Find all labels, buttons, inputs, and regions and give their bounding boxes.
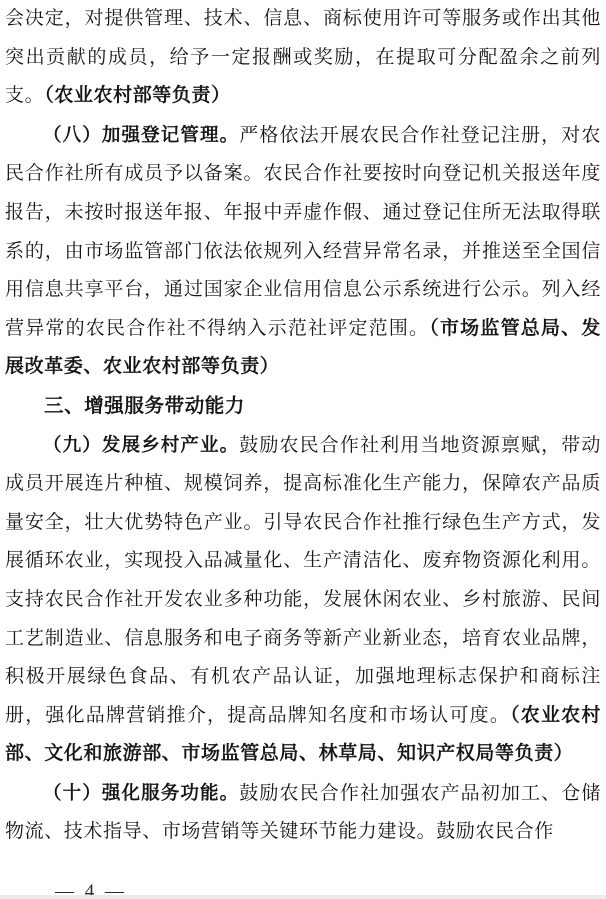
responsible-departments-note: （农业农村部等负责） <box>44 85 231 106</box>
item-lead-bold: （十）强化服务功能。 <box>43 782 239 803</box>
paragraph-item-10-service-function: （十）强化服务功能。鼓励农民合作社加强农产品初加工、仓储物流、技术指导、市场营销… <box>5 774 601 852</box>
document-page: 会决定，对提供管理、技术、信息、商标使用许可等服务或作出其他突出贡献的成员，给予… <box>0 0 606 899</box>
paragraph-item-9-rural-industry: （九）发展乡村产业。鼓励农民合作社利用当地资源禀赋，带动成员开展连片种植、规模饲… <box>5 426 601 774</box>
item-lead-bold: （九）发展乡村产业。 <box>43 434 239 455</box>
item-lead-bold: （八）加强登记管理。 <box>43 124 239 145</box>
body-text: 鼓励农民合作社利用当地资源禀赋，带动成员开展连片种植、规模饲养，提高标准化生产能… <box>5 435 601 726</box>
section-heading-3: 三、增强服务带动能力 <box>5 387 601 426</box>
document-body: 会决定，对提供管理、技术、信息、商标使用许可等服务或作出其他突出贡献的成员，给予… <box>0 0 606 852</box>
viewport-bottom-strip <box>0 895 606 899</box>
paragraph-continuation: 会决定，对提供管理、技术、信息、商标使用许可等服务或作出其他突出贡献的成员，给予… <box>5 0 601 116</box>
section-heading-text: 三、增强服务带动能力 <box>44 395 245 417</box>
body-text: 严格依法开展农民合作社登记注册，对农民合作社所有成员予以备案。农民合作社要按时向… <box>5 125 601 339</box>
paragraph-item-8-registration: （八）加强登记管理。严格依法开展农民合作社登记注册，对农民合作社所有成员予以备案… <box>5 116 601 387</box>
